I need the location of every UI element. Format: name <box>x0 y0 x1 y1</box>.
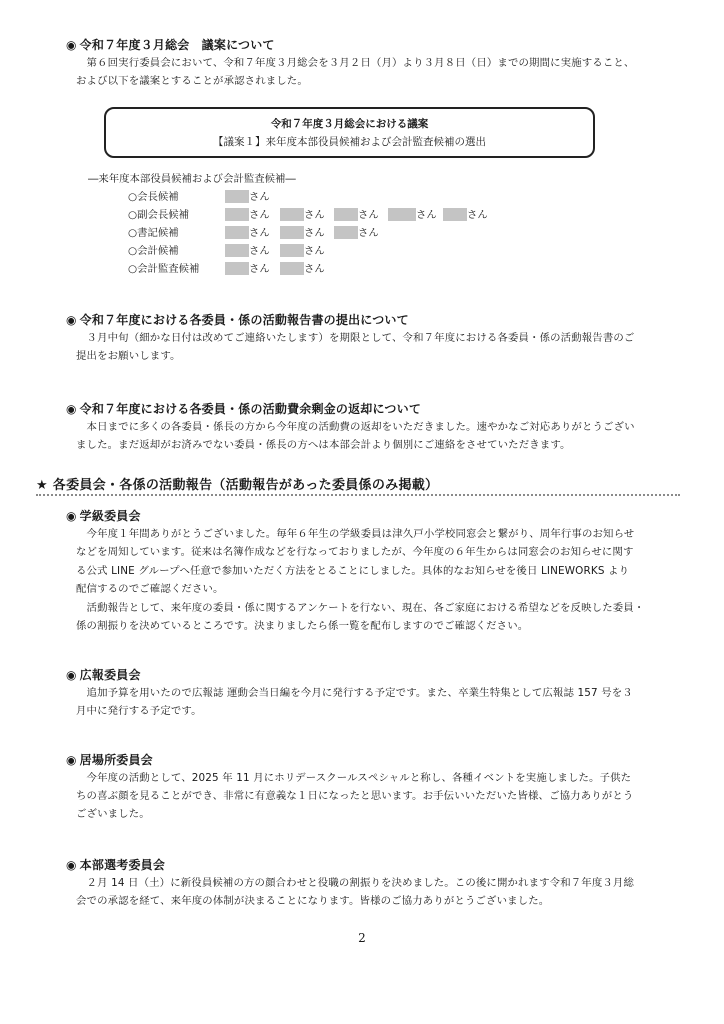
paragraph-line: る公式 LINE グループへ任意で参加いただく方法をとることにしました。具体的な… <box>76 562 629 581</box>
paragraph-line: ございました。 <box>76 805 150 824</box>
paragraph-line: 月中に発行する予定です。 <box>76 702 202 721</box>
document-page: ◉令和７年度３月総会 議案について 第６回実行委員会において、令和７年度３月総会… <box>0 0 724 1024</box>
page-number: 2 <box>0 931 724 945</box>
candidate-role: ○会長候補 <box>128 189 179 205</box>
redaction-mask <box>225 244 249 257</box>
agenda-box: 令和７年度３月総会における議案 【議案１】来年度本部役員候補および会計監査候補の… <box>104 107 595 158</box>
report-heading-class-committee: ◉学級委員会 <box>66 508 141 524</box>
paragraph-line: ３月中旬（細かな日付は改めてご連絡いたします）を期限として、令和７年度における各… <box>76 329 634 348</box>
bullet-icon: ◉ <box>66 509 77 523</box>
report-heading-pr-committee: ◉広報委員会 <box>66 667 141 683</box>
paragraph-line: などを周知しています。従来は名簿作成などを行なっておりましたが、今年度の６年生か… <box>76 543 634 562</box>
redaction-mask <box>225 262 249 275</box>
bullet-icon: ◉ <box>66 313 77 327</box>
heading-text: 令和７年度における各委員・係の活動報告書の提出について <box>80 313 409 327</box>
redaction-mask <box>225 190 249 203</box>
bullet-icon: ◉ <box>66 753 77 767</box>
heading-text: 広報委員会 <box>80 668 141 682</box>
redaction-mask <box>388 208 416 221</box>
paragraph-line: 追加予算を用いたので広報誌 運動会当日編を今月に発行する予定です。また、卒業生特… <box>76 684 633 703</box>
paragraph-line: 本日までに多くの各委員・係長の方から今年度の活動費の返却をいただきました。速やか… <box>76 418 635 437</box>
dotted-divider <box>36 494 680 496</box>
paragraph-line: ちの喜ぶ顔を見ることができ、非常に有意義な１日になったと思います。お手伝いいただ… <box>76 787 633 806</box>
report-heading-selection-committee: ◉本部選考委員会 <box>66 857 165 873</box>
section-heading-general-meeting: ◉令和７年度３月総会 議案について <box>66 37 275 53</box>
agenda-box-title: 令和７年度３月総会における議案 <box>106 117 593 131</box>
paragraph-line: 提出をお願いします。 <box>76 347 181 366</box>
paragraph-line: 第６回実行委員会において、令和７年度３月総会を３月２日（月）より３月８日（日）ま… <box>76 54 634 73</box>
section-heading-report-submission: ◉令和７年度における各委員・係の活動報告書の提出について <box>66 312 409 328</box>
paragraph-line: 係の割振りを決めているところです。決まりましたら係一覧を配布しますのでご確認くだ… <box>76 617 528 636</box>
paragraph-line: 活動報告として、来年度の委員・係に関するアンケートを行ない、現在、各ご家庭におけ… <box>76 599 644 618</box>
paragraph-line: ２月 14 日（土）に新役員候補の方の顔合わせと役職の割振りを決めました。この後… <box>76 874 634 893</box>
reports-section-heading: ★ 各委員会・各係の活動報告（活動報告があった委員係のみ掲載） <box>36 477 438 495</box>
heading-text: 令和７年度における各委員・係の活動費余剰金の返却について <box>80 402 421 416</box>
heading-text: 居場所委員会 <box>80 753 153 767</box>
paragraph-line: および以下を議案とすることが承認されました。 <box>76 72 308 91</box>
candidate-role: ○書記候補 <box>128 225 179 241</box>
report-heading-ibasho-committee: ◉居場所委員会 <box>66 752 153 768</box>
redaction-mask <box>280 226 304 239</box>
redaction-mask <box>280 262 304 275</box>
redaction-mask <box>443 208 467 221</box>
bullet-icon: ◉ <box>66 668 77 682</box>
heading-text: 令和７年度３月総会 議案について <box>80 38 275 52</box>
redaction-mask <box>280 244 304 257</box>
bullet-icon: ◉ <box>66 38 77 52</box>
candidate-role: ○副会長候補 <box>128 207 189 223</box>
redaction-mask <box>280 208 304 221</box>
paragraph-line: 今年度１年間ありがとうございました。毎年６年生の学級委員は津久戸小学校同窓会と繋… <box>76 525 634 544</box>
redaction-mask <box>334 208 358 221</box>
section-heading-fund-return: ◉令和７年度における各委員・係の活動費余剰金の返却について <box>66 401 421 417</box>
heading-text: 本部選考委員会 <box>80 858 165 872</box>
bullet-icon: ◉ <box>66 858 77 872</box>
candidates-heading: ―来年度本部役員候補および会計監査候補― <box>88 172 296 186</box>
paragraph-line: 会での承認を経て、来年度の体制が決まることになります。皆様のご協力ありがとうござ… <box>76 892 549 911</box>
paragraph-line: 配信するのでご確認ください。 <box>76 580 224 599</box>
candidate-role: ○会計候補 <box>128 243 179 259</box>
paragraph-line: 今年度の活動として、2025 年 11 月にホリデースクールスペシャルと称し、各… <box>76 769 631 788</box>
agenda-item: 【議案１】来年度本部役員候補および会計監査候補の選出 <box>106 135 593 149</box>
bullet-icon: ◉ <box>66 402 77 416</box>
heading-text: 学級委員会 <box>80 509 141 523</box>
redaction-mask <box>225 226 249 239</box>
redaction-mask <box>334 226 358 239</box>
redaction-mask <box>225 208 249 221</box>
candidate-role: ○会計監査候補 <box>128 261 199 277</box>
paragraph-line: ました。まだ返却がお済みでない委員・係長の方へは本部会計より個別にご連絡をさせて… <box>76 436 571 455</box>
